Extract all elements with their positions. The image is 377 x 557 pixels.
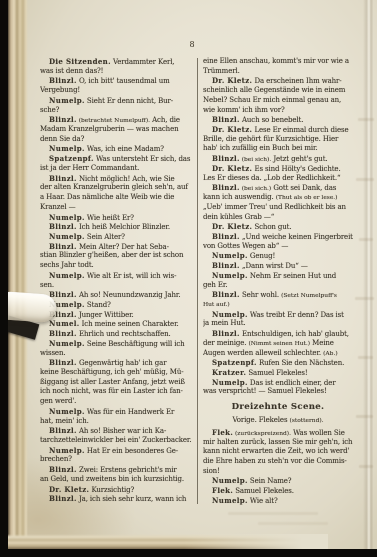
text-line: Numelp. Wie alt Er ist, will ich wis- <box>40 271 192 281</box>
dialogue-text: von Gottes Wegen ab“ — <box>203 242 288 250</box>
dialogue-text: Vergebung! <box>40 86 80 94</box>
dialogue-text: Wie alt? <box>248 497 278 505</box>
dialogue-text: „Und weiche keinen Fingerbreit <box>240 233 353 241</box>
dialogue-text: Gott sei Dank, das <box>271 184 336 192</box>
ink-bleedthrough-mark <box>228 512 318 515</box>
speaker-name: Numelp. <box>49 232 85 241</box>
dialogue-text: Wie heißt Er? <box>85 214 134 222</box>
dialogue-text: Trümmerl. <box>203 67 240 75</box>
dialogue-text: Sein Alter? <box>85 233 125 241</box>
dialogue-text: sechs Jahr todt. <box>40 261 94 269</box>
text-line: was ist denn das?! <box>40 67 192 77</box>
dialogue-text: Ach, die <box>150 116 180 124</box>
text-line: Numelp. Sieht Er denn nicht, Bur- <box>40 96 192 106</box>
dialogue-text: hat, mein' ich. <box>40 417 89 425</box>
text-line: „Ueb' immer Treu' und Redlichkeit bis an <box>203 203 353 213</box>
text-line: Numelp. Sein Alter? <box>40 232 192 242</box>
text-line: Blinzl. Sehr wohl. (Setzt Numelpuff's <box>203 290 353 300</box>
dialogue-text: Gegenwärtig hab' ich gar <box>77 359 167 367</box>
text-line: Trümmerl. <box>203 67 353 77</box>
dialogue-text: tarchzetteleinwickler bei ein' Zuckerbac… <box>40 436 191 444</box>
dialogue-text: ist ja der Herr Commandant. <box>40 164 139 172</box>
dialogue-text: dein kühles Grab —“ <box>203 213 274 221</box>
speaker-name: Spatzenpf. <box>49 154 94 163</box>
dialogue-text: Das ist endlich einer, der <box>248 379 336 387</box>
speaker-name: Numelp. <box>49 407 85 416</box>
text-line: Blinzl. Entschuldigen, ich hab' glaubt, <box>203 329 353 339</box>
speaker-name: Blinzl. <box>49 426 77 435</box>
speaker-name: Dr. Kletz. <box>212 76 252 85</box>
text-line: sechs Jahr todt. <box>40 261 192 271</box>
stage-direction: (zurückspreizend). <box>233 431 291 437</box>
ink-bleedthrough-mark <box>359 238 373 241</box>
text-line: brechen? <box>40 455 192 465</box>
speaker-name: Blinzl. <box>49 290 77 299</box>
speaker-name: Blinzl. <box>212 232 240 241</box>
speaker-name: Numelp. <box>212 271 248 280</box>
speaker-name: Numelp. <box>212 476 248 485</box>
speaker-name: Dr. Kletz. <box>49 485 89 494</box>
text-line: Blinzl. Ja, ich sieh sehr kurz, wann ich <box>40 494 192 504</box>
speaker-name: Numelp. <box>212 496 248 505</box>
dialogue-text: Rufen Sie den Nächsten. <box>257 359 344 367</box>
text-line: Madam Kranzelgruberin — was machen <box>40 125 192 135</box>
dialogue-text: sion! <box>203 467 220 475</box>
dialogue-text: Genug! <box>248 252 275 260</box>
text-line: wissen. <box>40 349 192 359</box>
text-line: eine Ellen anschau, kommt's mir vor wie … <box>203 57 353 67</box>
stage-direction: (Nimmt seinen Hut.) <box>248 341 310 347</box>
dialogue-text: Es sind Hölty's Gedichte. <box>252 165 340 173</box>
text-line: Numelp. Was für ein Handwerk Er <box>40 407 192 417</box>
right-column: eine Ellen anschau, kommt's mir vor wie … <box>203 57 353 506</box>
dialogue-text: Sehr wohl. <box>240 291 281 299</box>
text-line: Numelp. Wie heißt Er? <box>40 213 192 223</box>
text-line: Kratzer. Samuel Flekeles! <box>203 368 353 378</box>
ink-bleedthrough-mark <box>358 118 374 121</box>
text-line: Blinzl. Ehrlich und rechtschaffen. <box>40 329 192 339</box>
speaker-name: Blinzl. <box>49 76 77 85</box>
dialogue-text: Junger Wittiber. <box>77 311 134 319</box>
text-line: Blinzl. Ich heiß Melchior Blinzler. <box>40 222 192 232</box>
dialogue-text: Stand? <box>85 301 111 309</box>
text-line: Dr. Kletz. Kurzsichtig? <box>40 485 192 495</box>
dialogue-text: Lese Er einmal durch diese <box>252 126 348 134</box>
text-line: an Geld, und zweitens bin ich kurzsichti… <box>40 475 192 485</box>
dialogue-text: an Geld, und zweitens bin ich kurzsichti… <box>40 475 184 483</box>
dialogue-text: Mein Alter? Der hat Seba- <box>77 243 169 251</box>
text-line: Kranzel — <box>40 203 192 213</box>
text-line: der meinige. (Nimmt seinen Hut.) Meine <box>203 339 353 349</box>
speaker-name: Flek. <box>212 428 233 437</box>
dialogue-text: „Ueb' immer Treu' und Redlichkeit bis an <box>203 203 346 211</box>
dialogue-text: Vorige. Flekeles <box>232 416 289 424</box>
text-line: ßiggang ist aller Laster Anfang, jetzt w… <box>40 378 192 388</box>
text-line: gen werd'. <box>40 397 192 407</box>
dialogue-text: brechen? <box>40 455 72 463</box>
text-line: Blinzl. Gegenwärtig hab' ich gar <box>40 358 192 368</box>
text-line: Numelp. Hat Er ein besonderes Ge- <box>40 446 192 456</box>
speaker-name: Blinzl. <box>49 174 77 183</box>
dialogue-text: sche? <box>40 106 59 114</box>
dialogue-text: der meinige. <box>203 339 248 347</box>
dialogue-text: Schon gut. <box>252 223 291 231</box>
dialogue-text: Kranzel — <box>40 203 75 211</box>
text-line: kann ich auswendig. (Thut als ob er lese… <box>203 193 353 203</box>
left-column: Die Sitzenden. Verdammter Kerl,was ist d… <box>40 57 192 504</box>
text-line: Numelp. Was treibt Er denn? Das ist <box>203 310 353 320</box>
text-line: Blinzl. Ah so! Neunundzwanzig Jahr. <box>40 290 192 300</box>
dialogue-text: Meine <box>310 339 334 347</box>
text-line: Blinzl. (bei sich). Jetzt geht's gut. <box>203 154 353 164</box>
speaker-name: Flek. <box>212 486 233 495</box>
text-line: die Ehre haben zu steh'n vor die Commis- <box>203 457 353 467</box>
speaker-name: Numelp. <box>49 96 85 105</box>
text-line: scheinlich alle Gegenstände wie in einem <box>203 86 353 96</box>
dialogue-text: Was treibt Er denn? Das ist <box>248 311 344 319</box>
ink-bleedthrough-mark <box>258 522 328 525</box>
page-edge-stack-left <box>8 0 28 549</box>
dialogue-text: scheinlich alle Gegenstände wie in einem <box>203 86 345 94</box>
text-line: sion! <box>203 467 353 477</box>
text-line: Dr. Kletz. Da erscheinen Ihm wahr- <box>203 76 353 86</box>
text-line: Numelp. Wie alt? <box>203 496 353 506</box>
dialogue-text: kann nicht erwarten die Zeit, wo ich wer… <box>203 447 349 455</box>
scene-heading-text: Dreizehnte Scene. <box>232 402 325 412</box>
dialogue-text: Nehm Er seinen Hut und <box>248 272 336 280</box>
dialogue-text: die Ehre haben zu steh'n vor die Commis- <box>203 457 347 465</box>
text-line: Die Sitzenden. Verdammter Kerl, <box>40 57 192 67</box>
text-line: Nebel? Schau Er mich einmal genau an, <box>203 96 353 106</box>
stage-direction: (stotternd). <box>290 418 324 424</box>
dialogue-text: Les Er dieses da. „Lob der Redlichkeit.“ <box>203 174 340 182</box>
text-line: Blinzl. (betrachtet Numelpuff). Ach, die <box>40 115 192 125</box>
book-scan-photo: 8 Die Sitzenden. Verdammter Kerl,was ist… <box>0 0 377 557</box>
speaker-name: Numelp. <box>49 213 85 222</box>
stage-direction: (bei sich.) <box>240 186 271 192</box>
text-line: Blinzl. O, ich bitt' tausendmal um <box>40 76 192 86</box>
text-line: Les Er dieses da. „Lob der Redlichkeit.“ <box>203 174 353 184</box>
text-line: hab' ich zufällig ein Buch bei mir. <box>203 144 353 154</box>
ink-bleedthrough-mark <box>355 297 374 300</box>
dialogue-text: Wie alt Er ist, will ich wis- <box>85 272 177 280</box>
dialogue-text: wissen. <box>40 349 65 357</box>
text-line: geh Er. <box>203 281 353 291</box>
speaker-name: Numel. <box>49 319 80 328</box>
dialogue-text: Ehrlich und rechtschaffen. <box>77 330 171 338</box>
text-line: Vorige. Flekeles (stotternd). <box>203 416 353 426</box>
speaker-name: Dr. Kletz. <box>212 125 252 134</box>
page-content: 8 Die Sitzenden. Verdammter Kerl,was ist… <box>28 0 377 549</box>
speaker-name: Blinzl. <box>49 329 77 338</box>
text-line: Blinzl. Mein Alter? Der hat Seba- <box>40 242 192 252</box>
speaker-name: Blinzl. <box>49 358 77 367</box>
dialogue-text: ich noch nicht, was für ein Laster ich f… <box>40 387 183 395</box>
text-line: Vergebung! <box>40 86 192 96</box>
speaker-name: Numelp. <box>49 339 85 348</box>
text-line: Numelp. Seine Beschäftigung will ich <box>40 339 192 349</box>
dialogue-text: „Dann wirst Du“ — <box>240 262 308 270</box>
text-line: keine Beschäftigung, ich geh' müßig, Mü- <box>40 368 192 378</box>
text-line: Numelp. Stand? <box>40 300 192 310</box>
speaker-name: Numelp. <box>49 144 85 153</box>
stage-direction: (betrachtet Numelpuff). <box>77 118 150 124</box>
text-line: Numelp. Nehm Er seinen Hut und <box>203 271 353 281</box>
dialogue-text: sen. <box>40 281 54 289</box>
text-line: sche? <box>40 106 192 116</box>
speaker-name: Numelp. <box>212 251 248 260</box>
text-line: Numelp. Sein Name? <box>203 476 353 486</box>
text-line: Blinzl. Zwei: Erstens gebricht's mir <box>40 465 192 475</box>
dialogue-text: a Haar. Das nämliche alte Weib wie die <box>40 193 174 201</box>
dialogue-text: gen werd'. <box>40 397 76 405</box>
text-line: a Haar. Das nämliche alte Weib wie die <box>40 193 192 203</box>
dialogue-text: Ah so! Bisher war ich Ka- <box>77 427 166 435</box>
dialogue-text: Ja, ich sieh sehr kurz, wann ich <box>77 495 186 503</box>
text-line: hat, mein' ich. <box>40 417 192 427</box>
text-line: Numelp. Genug! <box>203 251 353 261</box>
text-line: Blinzl. Auch so benebelt. <box>203 115 353 125</box>
speaker-name: Blinzl. <box>212 290 240 299</box>
dialogue-text: mir halten zurück, lassen Sie mir geh'n,… <box>203 438 352 446</box>
ink-bleedthrough-mark <box>358 356 373 359</box>
speaker-name: Blinzl. <box>49 222 77 231</box>
dialogue-text: was verspricht! — Samuel Flekeles! <box>203 387 327 395</box>
dialogue-text: keine Beschäftigung, ich geh' müßig, Mü- <box>40 368 183 376</box>
text-line: stian Blinzler g'heißen, aber der ist sc… <box>40 251 192 261</box>
dialogue-text: Sieht Er denn nicht, Bur- <box>85 97 173 105</box>
speaker-name: Numelp. <box>49 446 85 455</box>
speaker-name: Dr. Kletz. <box>212 164 252 173</box>
stage-direction: (Thut als ob er lese.) <box>276 195 338 201</box>
ink-bleedthrough-mark <box>356 415 373 418</box>
text-line: Numelp. Was, ich eine Madam? <box>40 144 192 154</box>
speaker-name: Numelp. <box>212 310 248 319</box>
speaker-name: Kratzer. <box>212 368 246 377</box>
dialogue-text: geh Er. <box>203 281 227 289</box>
text-line: Blinzl. „Und weiche keinen Fingerbreit <box>203 232 353 242</box>
text-line: Brille, die gehört für Kurzsichtige. Hie… <box>203 135 353 145</box>
speaker-name: Spatzenpf. <box>212 358 257 367</box>
dialogue-text: Jetzt geht's gut. <box>271 155 327 163</box>
text-line: Augen werden alleweil schlechter. (Ab.) <box>203 349 353 359</box>
dialogue-text: Nicht möglich! Ach, wie Sie <box>77 175 175 183</box>
dialogue-text: kann ich auswendig. <box>203 193 276 201</box>
text-line: Hut auf.) <box>203 300 353 310</box>
text-line: Spatzenpf. Rufen Sie den Nächsten. <box>203 358 353 368</box>
speaker-name: Blinzl. <box>49 242 77 251</box>
column-divider-rule <box>197 58 198 504</box>
dialogue-text: Ich heiß Melchior Blinzler. <box>77 223 170 231</box>
dialogue-text: eine Ellen anschau, kommt's mir vor wie … <box>203 57 349 65</box>
text-line: ist ja der Herr Commandant. <box>40 164 192 174</box>
text-line: Spatzenpf. Was untersteht Er sich, das <box>40 154 192 164</box>
speaker-name: Blinzl. <box>49 115 77 124</box>
speaker-name: Blinzl. <box>212 261 240 270</box>
speaker-name: Blinzl. <box>212 154 240 163</box>
ink-bleedthrough-mark <box>359 465 373 468</box>
text-line: sen. <box>40 281 192 291</box>
dialogue-text: Zwei: Erstens gebricht's mir <box>77 466 177 474</box>
speaker-name: Die Sitzenden. <box>49 57 111 66</box>
text-line: Dr. Kletz. Es sind Hölty's Gedichte. <box>203 164 353 174</box>
text-line: tarchzetteleinwickler bei ein' Zuckerbac… <box>40 436 192 446</box>
dialogue-text: Was für ein Handwerk Er <box>85 408 174 416</box>
text-line: Flek. (zurückspreizend). Was wollen Sie <box>203 428 353 438</box>
speaker-name: Blinzl. <box>49 465 77 474</box>
dialogue-text: Hat Er ein besonderes Ge- <box>85 447 178 455</box>
text-line: denn Sie da? <box>40 135 192 145</box>
text-line: Dr. Kletz. Schon gut. <box>203 222 353 232</box>
book-page: 8 Die Sitzenden. Verdammter Kerl,was ist… <box>8 0 377 549</box>
speaker-name: Blinzl. <box>49 494 77 503</box>
dialogue-text: hab' ich zufällig ein Buch bei mir. <box>203 144 318 152</box>
dialogue-text: Was wollen Sie <box>291 429 345 437</box>
speaker-name: Numelp. <box>49 271 85 280</box>
speaker-name: Blinzl. <box>212 115 240 124</box>
text-line: was verspricht! — Samuel Flekeles! <box>203 387 353 397</box>
dialogue-text: Ah so! Neunundzwanzig Jahr. <box>77 291 181 299</box>
stage-direction: (Ab.) <box>323 351 338 357</box>
text-line: der alten Kranzelgruberin gleich seh'n, … <box>40 183 192 193</box>
text-line: Dr. Kletz. Lese Er einmal durch diese <box>203 125 353 135</box>
speaker-name: Numelp. <box>212 378 248 387</box>
speaker-name: Dr. Kletz. <box>212 222 252 231</box>
speaker-name: Blinzl. <box>212 329 240 338</box>
scene-heading: Dreizehnte Scene. <box>203 401 353 414</box>
dialogue-text: Nebel? Schau Er mich einmal genau an, <box>203 96 341 104</box>
text-line: ja mein Hut. <box>203 319 353 329</box>
dialogue-text: wie komm' ich ihm vor? <box>203 106 285 114</box>
dialogue-text: Augen werden alleweil schlechter. <box>203 349 323 357</box>
text-line: Numel. Ich meine seinen Charakter. <box>40 319 192 329</box>
dialogue-text: Samuel Flekeles! <box>246 369 307 377</box>
text-line: wie komm' ich ihm vor? <box>203 106 353 116</box>
text-line: ich noch nicht, was für ein Laster ich f… <box>40 387 192 397</box>
stage-direction: (Setzt Numelpuff's <box>281 293 337 299</box>
dialogue-text: O, ich bitt' tausendmal um <box>77 77 170 85</box>
dialogue-text: Seine Beschäftigung will ich <box>85 340 185 348</box>
ink-bleedthrough-mark <box>356 178 374 181</box>
dialogue-text: Da erscheinen Ihm wahr- <box>252 77 341 85</box>
dialogue-text: Kurzsichtig? <box>89 486 134 494</box>
dialogue-text: denn Sie da? <box>40 135 84 143</box>
dialogue-text: Samuel Flekeles. <box>233 487 294 495</box>
translucent-page-clip <box>8 291 57 323</box>
dialogue-text: Brille, die gehört für Kurzsichtige. Hie… <box>203 135 338 143</box>
dialogue-text: Ich meine seinen Charakter. <box>80 320 179 328</box>
dialogue-text: Auch so benebelt. <box>240 116 304 124</box>
dialogue-text: Madam Kranzelgruberin — was machen <box>40 125 178 133</box>
dialogue-text: Verdammter Kerl, <box>111 58 175 66</box>
dialogue-text: ßiggang ist aller Laster Anfang, jetzt w… <box>40 378 185 386</box>
text-line: Blinzl. „Dann wirst Du“ — <box>203 261 353 271</box>
text-line: von Gottes Wegen ab“ — <box>203 242 353 252</box>
dialogue-text: was ist denn das?! <box>40 67 103 75</box>
text-line: kann nicht erwarten die Zeit, wo ich wer… <box>203 447 353 457</box>
stage-direction: (bei sich). <box>240 157 271 163</box>
text-line: Blinzl. Junger Wittiber. <box>40 310 192 320</box>
dialogue-text: Sein Name? <box>248 477 292 485</box>
text-line: Flek. Samuel Flekeles. <box>203 486 353 496</box>
dialogue-text: der alten Kranzelgruberin gleich seh'n, … <box>40 183 188 191</box>
dialogue-text: stian Blinzler g'heißen, aber der ist sc… <box>40 251 183 259</box>
text-line: dein kühles Grab —“ <box>203 213 353 223</box>
text-line: Blinzl. Ah so! Bisher war ich Ka- <box>40 426 192 436</box>
text-line: Numelp. Das ist endlich einer, der <box>203 378 353 388</box>
dialogue-text: ja mein Hut. <box>203 319 246 327</box>
page-number: 8 <box>40 40 345 49</box>
text-line: Blinzl. Nicht möglich! Ach, wie Sie <box>40 174 192 184</box>
speaker-name: Blinzl. <box>212 183 240 192</box>
dialogue-text: Was untersteht Er sich, das <box>94 155 191 163</box>
stage-direction: Hut auf.) <box>203 302 230 308</box>
text-line: Blinzl. (bei sich.) Gott sei Dank, das <box>203 183 353 193</box>
dialogue-text: Was, ich eine Madam? <box>85 145 164 153</box>
dialogue-text: Entschuldigen, ich hab' glaubt, <box>240 330 349 338</box>
text-line: mir halten zurück, lassen Sie mir geh'n,… <box>203 438 353 448</box>
